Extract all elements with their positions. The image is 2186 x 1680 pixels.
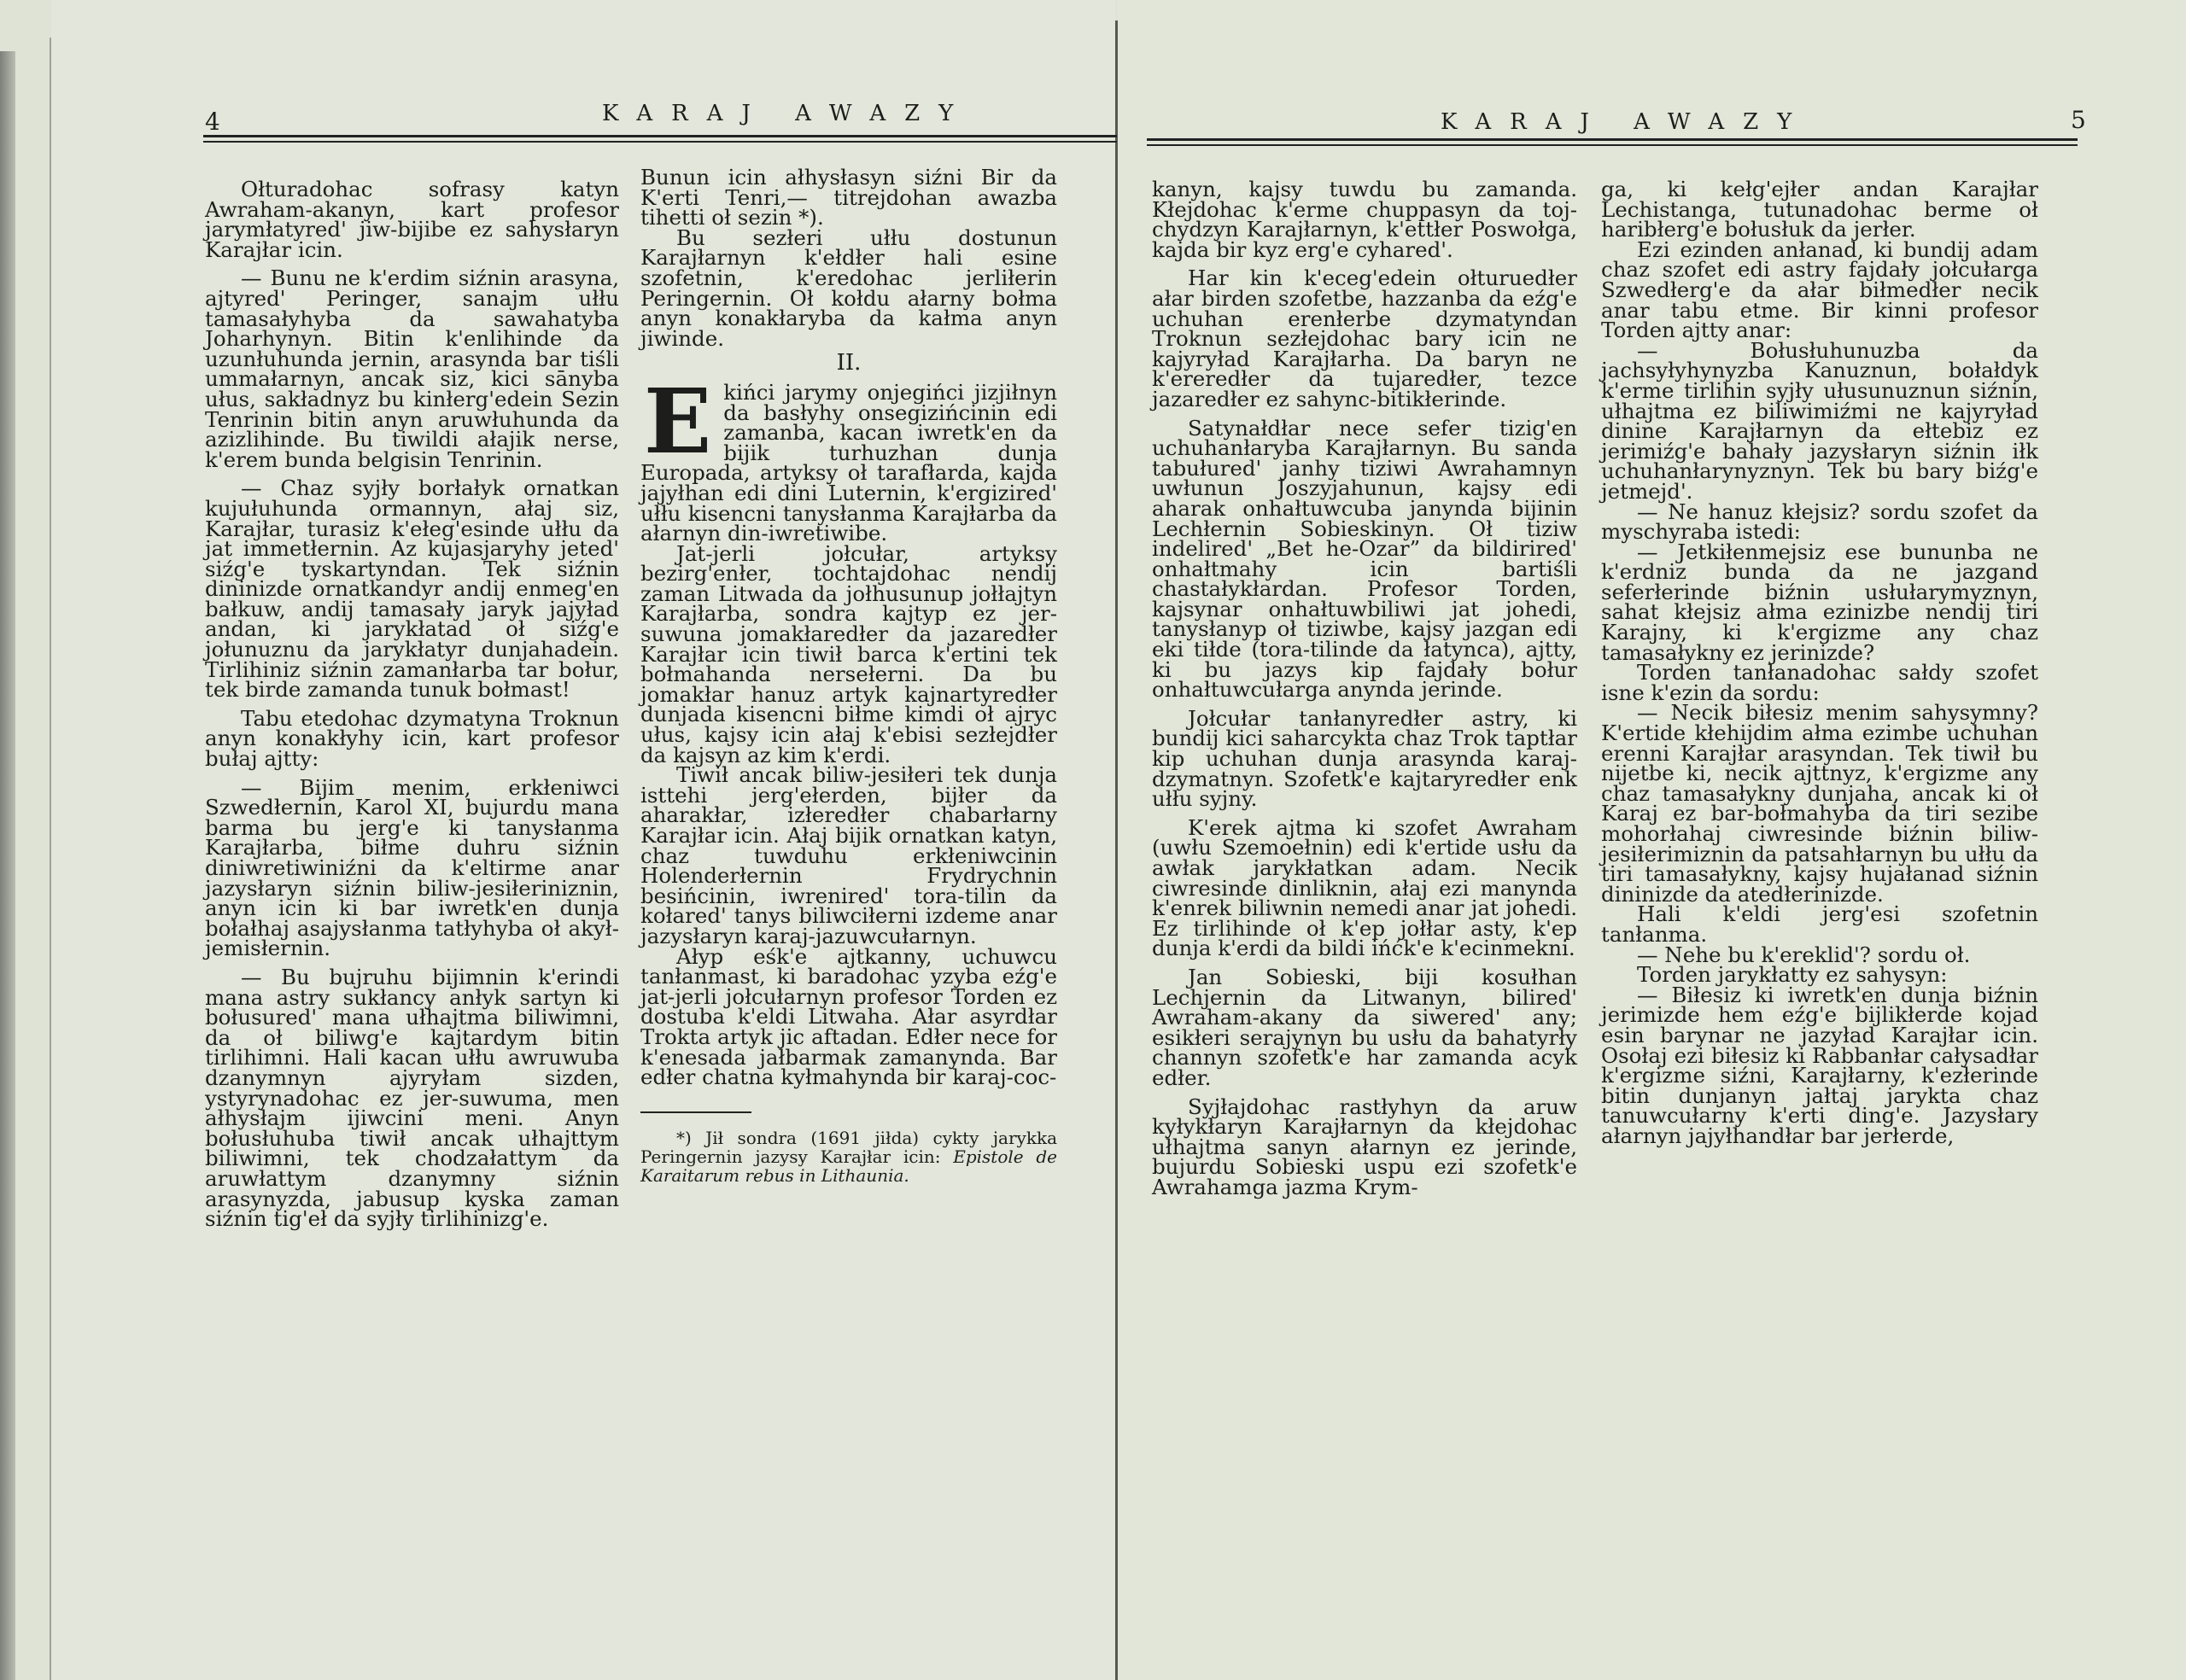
drop-cap: E bbox=[644, 388, 711, 454]
left-page: 4 KARAJ AWAZY Ołturadohac sofrasy katyn … bbox=[51, 0, 1115, 1680]
right-column-2: ga, ki kełg'ejłer andan Karajłar Lechist… bbox=[1601, 179, 2038, 1146]
paragraph: Satynałdłar nece sefer tizig'en uchuhanł… bbox=[1152, 418, 1577, 700]
drop-cap-paragraph: Ekińci jarymy onjegińci jizjiłnyn da bas… bbox=[640, 382, 1057, 544]
header-rule bbox=[1147, 138, 2078, 141]
paragraph: ga, ki kełg'ejłer andan Karajłar Lechist… bbox=[1601, 179, 2038, 240]
paragraph: Jołcułar tanłanyredłer astry, ki bundij … bbox=[1152, 709, 1577, 809]
paragraph: K'erek ajtma ki szofet Awraham (uwłu Sze… bbox=[1152, 818, 1577, 959]
right-page: KARAJ AWAZY 5 kanyn, kajsy tuwdu bu zama… bbox=[1118, 0, 2186, 1680]
paragraph: — Ne hanuz kłejsiz? sordu szofet da mysc… bbox=[1601, 502, 2038, 542]
header-rule bbox=[203, 135, 1117, 137]
header-rule-double bbox=[203, 141, 1117, 143]
running-header-right: KARAJ AWAZY 5 bbox=[1143, 101, 2083, 135]
right-column-1: kanyn, kajsy tuwdu bu zamanda. Kłejdohac… bbox=[1152, 179, 1577, 1198]
paragraph: Jan Sobieski, biji kosułhan Lechjernin d… bbox=[1152, 967, 1577, 1088]
running-header-left: 4 KARAJ AWAZY bbox=[205, 101, 1076, 135]
paragraph: — Biłesiz ki iwretk'en dunja biźnin jeri… bbox=[1601, 985, 2038, 1146]
left-column-2: Bunun icin ałhysłasyn siźni Bir da K'ert… bbox=[640, 167, 1057, 1185]
paragraph: — Bu bujruhu bijimnin k'erindi mana astr… bbox=[205, 967, 619, 1229]
paragraph: — Bunu ne k'erdim siźnin arasyna, ajtyre… bbox=[205, 268, 619, 470]
header-rule-double bbox=[1147, 144, 2078, 146]
footnote: *) Jił sondra (1691 jiłda) cykty jarykka… bbox=[640, 1129, 1057, 1185]
scan-edge-shadow bbox=[0, 51, 15, 1680]
paragraph: Tiwił ancak biliw-jesiłeri tek dunja ist… bbox=[640, 765, 1057, 946]
paragraph: — Bijim menim, erkłeniwci Szwedłernin, K… bbox=[205, 778, 619, 959]
left-column-1: Ołturadohac sofrasy katyn Awraham-akanyn… bbox=[205, 179, 619, 1229]
page-number: 5 bbox=[2071, 106, 2086, 134]
paragraph: — Chaz syjły borłałyk ornatkan kujułuhun… bbox=[205, 478, 619, 700]
running-title: KARAJ AWAZY bbox=[602, 101, 972, 126]
paragraph: Ałyp eśk'e ajtkanny, uchuwcu tanłanmast,… bbox=[640, 947, 1057, 1088]
paragraph: Tabu etedohac dzymatyna Troknun anyn kon… bbox=[205, 709, 619, 769]
page-number: 4 bbox=[205, 108, 220, 136]
paragraph: Hali k'eldi jerg'esi szofetnin tanłanma. bbox=[1601, 904, 2038, 944]
paragraph: Jat-jerli jołcułar, artyksy bezirg'enłer… bbox=[640, 544, 1057, 766]
paragraph: Ołturadohac sofrasy katyn Awraham-akanyn… bbox=[205, 179, 619, 260]
paragraph: Har kin k'eceg'edein ołturuedłer ałar bi… bbox=[1152, 268, 1577, 409]
paragraph: Syjłajdohac rastłyhyn da aruw kyłykłaryn… bbox=[1152, 1097, 1577, 1198]
paragraph: Bunun icin ałhysłasyn siźni Bir da K'ert… bbox=[640, 167, 1057, 228]
paragraph: Ezi ezinden anłanad, ki bundij adam chaz… bbox=[1601, 240, 2038, 341]
running-title: KARAJ AWAZY bbox=[1441, 109, 1810, 135]
paragraph: — Necik biłesiz menim sahysymny? K'ertid… bbox=[1601, 703, 2038, 904]
paragraph: — Bołusłuhunuzba da jachsyłyhynyzba Kanu… bbox=[1601, 341, 2038, 502]
paragraph: kanyn, kajsy tuwdu bu zamanda. Kłejdohac… bbox=[1152, 179, 1577, 260]
paragraph: — Jetkiłenmejsiz ese bununba ne k'erdniz… bbox=[1601, 542, 2038, 663]
paragraph: Torden tanłanadohac sałdy szofet isne k'… bbox=[1601, 662, 2038, 703]
paragraph: Bu sezłeri ułłu dostunun Karajłarnyn k'e… bbox=[640, 228, 1057, 349]
footnote-rule bbox=[640, 1111, 751, 1113]
